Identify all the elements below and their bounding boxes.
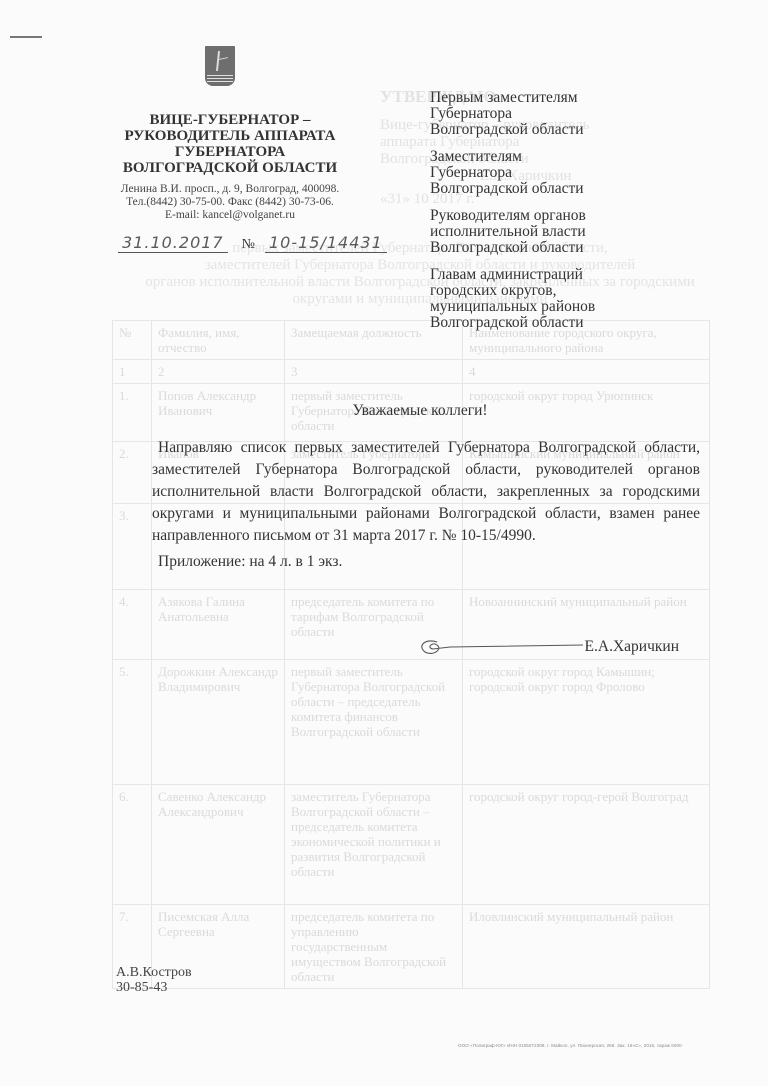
bleed-cell: 5. — [113, 660, 152, 785]
org-title-line: ВОЛГОГРАДСКОЙ ОБЛАСТИ — [100, 160, 360, 176]
scan-edge-mark — [10, 36, 42, 38]
bleed-cell: заместитель Губернатора Волгоградской об… — [285, 785, 463, 905]
bleed-cell: 3 — [285, 360, 463, 384]
handwritten-signature-icon — [415, 632, 585, 662]
bleed-line: органов исполнительной власти Волгоградс… — [140, 274, 700, 291]
recipient-line: Заместителям — [430, 149, 595, 165]
executor-info: А.В.Костров 30-85-43 — [116, 965, 192, 995]
number-sign: № — [242, 237, 255, 252]
recipients-block: Первым заместителям Губернатора Волгогра… — [430, 90, 595, 342]
bleed-cell: Савенко Александр Александрович — [152, 785, 285, 905]
bleed-table-header: № Фамилия, имя, отчество Замещаемая долж… — [113, 321, 710, 360]
bleed-cell: городской округ город Камышин; городской… — [463, 660, 710, 785]
recipient-line: Волгоградской области — [430, 240, 595, 256]
registration-date: 31.10.2017 — [118, 233, 228, 253]
recipient-line: городских округов, — [430, 283, 595, 299]
emblem-stripe — [207, 81, 233, 82]
bleed-table-row: 5. Дорожкин Александр Владимирович первы… — [113, 660, 710, 785]
bleed-cell: Фамилия, имя, отчество — [152, 321, 285, 360]
bleed-cell: № — [113, 321, 152, 360]
org-title-line: ВИЦЕ-ГУБЕРНАТОР – — [100, 112, 360, 128]
bleed-cell: городской округ город-герой Волгоград — [463, 785, 710, 905]
recipient-line: муниципальных районов — [430, 299, 595, 315]
registration-number: 10-15/14431 — [265, 233, 387, 253]
executor-phone: 30-85-43 — [116, 980, 192, 995]
recipient-line: Волгоградской области — [430, 315, 595, 331]
contact-email: E-mail: kancel@volganet.ru — [100, 209, 360, 222]
attachment-note: Приложение: на 4 л. в 1 экз. — [158, 553, 342, 571]
recipient-group: Первым заместителям Губернатора Волгогра… — [430, 90, 595, 138]
bleed-cell: 2 — [152, 360, 285, 384]
recipient-group: Заместителям Губернатора Волгоградской о… — [430, 149, 595, 197]
bleed-cell: 4. — [113, 590, 152, 660]
volgograd-coat-of-arms-icon — [205, 46, 235, 86]
emblem-figure — [216, 51, 220, 71]
recipient-line: Первым заместителям — [430, 90, 595, 106]
registration-stamp: 31.10.2017№10-15/14431 — [118, 233, 387, 253]
bleed-table-numbers: 1 2 3 4 — [113, 360, 710, 384]
bleed-cell: 4 — [463, 360, 710, 384]
org-title-line: РУКОВОДИТЕЛЬ АППАРАТА — [100, 128, 360, 144]
bleed-table-row: 6. Савенко Александр Александрович замес… — [113, 785, 710, 905]
recipient-line: Волгоградской области — [430, 181, 595, 197]
bleed-cell: 1 — [113, 360, 152, 384]
contact-phone-fax: Тел.(8442) 30-75-00. Факс (8442) 30-73-0… — [100, 196, 360, 209]
recipient-line: Волгоградской области — [430, 122, 595, 138]
organization-address: Ленина В.И. просп., д. 9, Волгоград, 400… — [100, 183, 360, 222]
bleed-cell: председатель комитета по управлению госу… — [285, 905, 463, 989]
recipient-line: Губернатора — [430, 165, 595, 181]
bleed-line: заместителей Губернатора Волгоградской о… — [140, 257, 700, 274]
salutation: Уважаемые коллеги! — [140, 402, 700, 420]
recipient-line: Главам администраций — [430, 267, 595, 283]
emblem-stripe — [207, 78, 233, 79]
bleed-cell: Азякова Галина Анатольевна — [152, 590, 285, 660]
emblem-stripe — [207, 75, 233, 76]
emblem-arm — [219, 57, 228, 60]
signer-name: Е.А.Харичкин — [585, 638, 679, 656]
recipient-group: Руководителям органов исполнительной вла… — [430, 208, 595, 256]
executor-name: А.В.Костров — [116, 965, 192, 980]
bleed-cell: 3. — [113, 504, 152, 590]
bleed-cell: Дорожкин Александр Владимирович — [152, 660, 285, 785]
recipient-line: исполнительной власти — [430, 224, 595, 240]
recipient-line: Руководителям органов — [430, 208, 595, 224]
recipient-group: Главам администраций городских округов, … — [430, 267, 595, 331]
organization-title: ВИЦЕ-ГУБЕРНАТОР – РУКОВОДИТЕЛЬ АППАРАТА … — [100, 112, 360, 176]
letter-body: Направляю список первых заместителей Губ… — [152, 437, 700, 547]
bleed-cell: первый заместитель Губернатора Волгоград… — [285, 660, 463, 785]
bleed-cell: 2. — [113, 442, 152, 504]
bleed-table-row: 7. Писемская Алла Сергеевна председатель… — [113, 905, 710, 989]
bleed-line: округами и муниципальными районами — [140, 291, 700, 308]
bleed-cell: 6. — [113, 785, 152, 905]
org-title-line: ГУБЕРНАТОРА — [100, 144, 360, 160]
recipient-line: Губернатора — [430, 106, 595, 122]
printer-imprint: ООО «Полиграф-ЮГ» ИНН 0105072309, г. Май… — [458, 1043, 682, 1048]
address-line: Ленина В.И. просп., д. 9, Волгоград, 400… — [100, 183, 360, 196]
bleed-cell: Иловлинский муниципальный район — [463, 905, 710, 989]
signature-block: Е.А.Харичкин — [415, 632, 695, 662]
